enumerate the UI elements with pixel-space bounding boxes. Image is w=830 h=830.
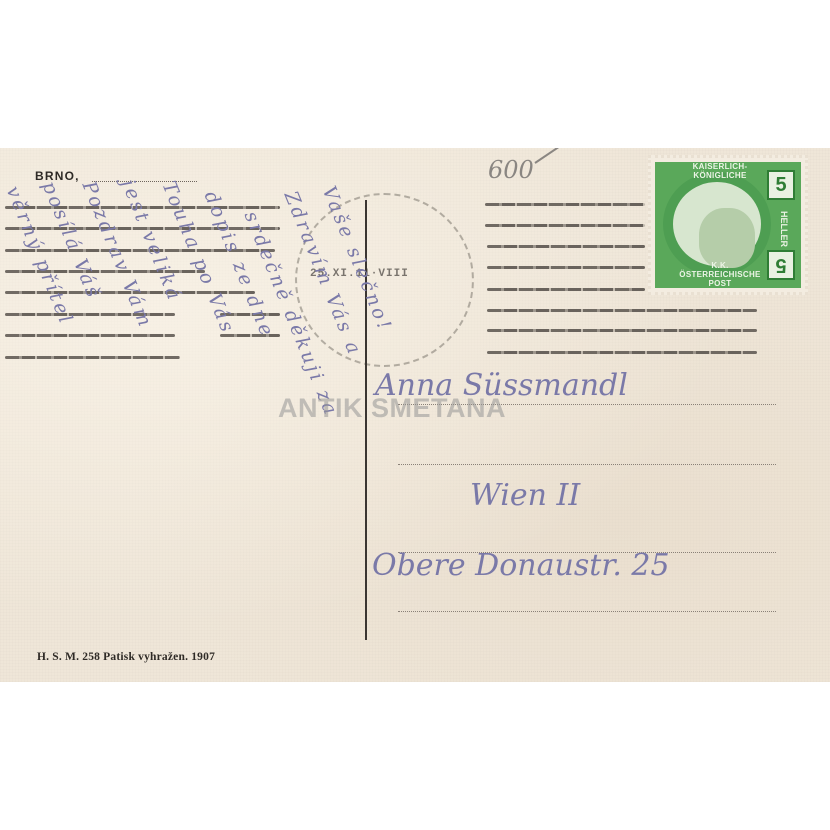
address-dotted-line-4 xyxy=(398,611,776,612)
dealer-watermark: ANTIK SMETANA xyxy=(278,393,506,424)
stamp-unit: HELLER xyxy=(775,206,789,252)
publisher-imprint: H. S. M. 258 Patisk vyhražen. 1907 xyxy=(37,651,215,663)
stamp-portrait xyxy=(699,208,755,268)
stamp-legend-top: KAISERLICH-KÖNIGLICHE xyxy=(675,162,765,180)
address-city: Wien II xyxy=(470,478,580,513)
date-dotted-line xyxy=(92,181,197,182)
stamp-value-bottom: 5 xyxy=(767,250,795,280)
stamp-legend-bottom: K.K. ÖSTERREICHISCHE POST xyxy=(675,261,765,288)
postage-stamp: KAISERLICH-KÖNIGLICHE K.K. ÖSTERREICHISC… xyxy=(648,155,808,295)
pencil-price-note: 600 xyxy=(488,156,534,184)
stamp-value-top: 5 xyxy=(767,170,795,200)
pencil-stroke xyxy=(534,148,601,164)
address-dotted-line-2 xyxy=(398,464,776,465)
address-street: Obere Donaustr. 25 xyxy=(372,548,670,583)
postcard: BRNO, 25.XI.11·VIII 600 KAIS xyxy=(0,148,830,682)
